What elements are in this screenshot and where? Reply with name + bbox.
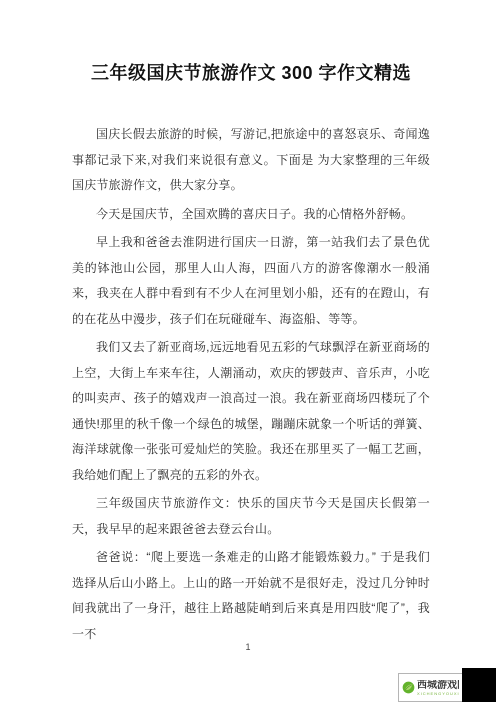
paragraph-xinya-mall: 我们又去了新亚商场,远远地看见五彩的气球飘浮在新亚商场的上空，大街上车来车往，人… <box>72 335 430 488</box>
paragraph-essay-two-title: 三年级国庆节旅游作文：快乐的国庆节今天是国庆长假第一天，我早早的起来跟爸爸去登云… <box>72 491 430 542</box>
paragraph-huaiyin-trip: 早上我和爸爸去淮阴进行国庆一日游，第一站我们去了景色优美的钵池山公园，那里人山人… <box>72 230 430 332</box>
document-title: 三年级国庆节旅游作文 300 字作文精选 <box>72 60 430 86</box>
site-name: 西城游戏网 <box>417 680 459 691</box>
paragraph-intro: 国庆长假去旅游的时候，写游记,把旅途中的喜怒哀乐、奇闻逸事都记录下来,对我们来说… <box>72 122 430 199</box>
leaf-logo-icon <box>402 681 415 694</box>
document-page: 三年级国庆节旅游作文 300 字作文精选 国庆长假去旅游的时候，写游记,把旅途中… <box>0 0 496 702</box>
paragraph-national-day: 今天是国庆节，全国欢腾的喜庆日子。我的心情格外舒畅。 <box>72 202 430 228</box>
watermark-black-block <box>462 668 496 702</box>
document-content: 三年级国庆节旅游作文 300 字作文精选 国庆长假去旅游的时候，写游记,把旅途中… <box>0 0 496 647</box>
paragraph-climb-mountain: 爸爸说：“爬上要选一条难走的山路才能锻炼毅力。” 于是我们选择从后山小路上。上山… <box>72 545 430 647</box>
site-logo-text: 西城游戏网 XICHENGYOUXIWANG <box>417 680 459 696</box>
site-name-pinyin: XICHENGYOUXIWANG <box>417 691 459 696</box>
site-watermark: 西城游戏网 XICHENGYOUXIWANG <box>398 668 496 702</box>
site-logo-box: 西城游戏网 XICHENGYOUXIWANG <box>398 673 462 702</box>
document-body: 国庆长假去旅游的时候，写游记,把旅途中的喜怒哀乐、奇闻逸事都记录下来,对我们来说… <box>72 122 430 647</box>
page-number: 1 <box>0 642 496 652</box>
